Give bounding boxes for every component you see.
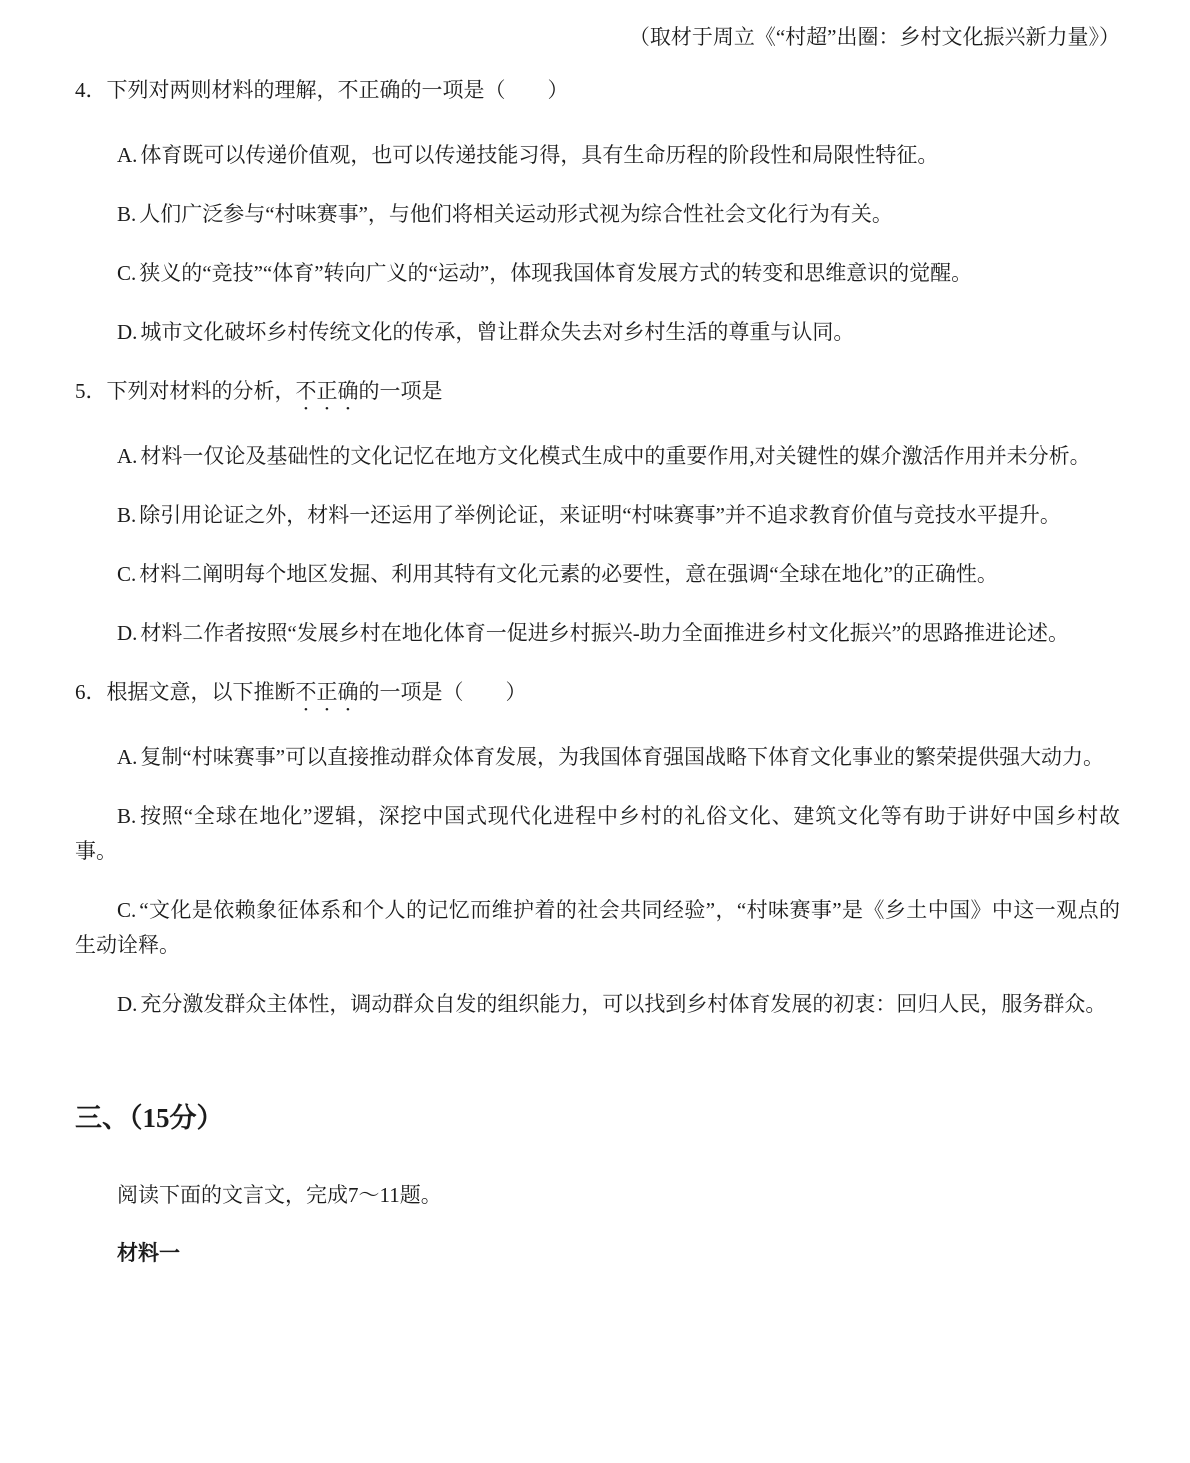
option-label: A. — [117, 143, 137, 167]
question-5-option-a: A.材料一仅论及基础性的文化记忆在地方文化模式生成中的重要作用,对关键性的媒介激… — [75, 439, 1120, 474]
option-label: A. — [117, 444, 137, 468]
question-6-option-d: D.充分激发群众主体性，调动群众自发的组织能力，可以找到乡村体育发展的初衷：回归… — [75, 987, 1120, 1022]
question-6-stem: 6．根据文意，以下推断不正确的一项是（ ） — [75, 675, 1120, 716]
option-text: 除引用论证之外，材料一还运用了举例论证，来证明“村味赛事”并不追求教育价值与竞技… — [139, 503, 1061, 527]
option-label: A. — [117, 745, 137, 769]
question-5-number: 5． — [75, 379, 107, 403]
question-5-emphasized-text: 不正确 — [296, 379, 359, 403]
question-6-number: 6． — [75, 680, 107, 704]
question-6: 6．根据文意，以下推断不正确的一项是（ ） A.复制“村味赛事”可以直接推动群众… — [75, 675, 1120, 1022]
question-5-option-c: C.材料二阐明每个地区发掘、利用其特有文化元素的必要性，意在强调“全球在地化”的… — [75, 557, 1120, 592]
option-text: 材料二作者按照“发展乡村在地化体育一促进乡村振兴-助力全面推进乡村文化振兴”的思… — [140, 621, 1069, 645]
option-text: 人们广泛参与“村味赛事”，与他们将相关运动形式视为综合性社会文化行为有关。 — [139, 202, 893, 226]
question-5-option-b: B.除引用论证之外，材料一还运用了举例论证，来证明“村味赛事”并不追求教育价值与… — [75, 498, 1120, 533]
question-5-stem: 5．下列对材料的分析，不正确的一项是 — [75, 374, 1120, 415]
question-5-stem-tail: 的一项是 — [359, 379, 443, 403]
option-text: 体育既可以传递价值观，也可以传递技能习得，具有生命历程的阶段性和局限性特征。 — [140, 143, 938, 167]
question-6-stem-tail: 的一项是（ ） — [359, 680, 527, 704]
question-4-stem-text: 下列对两则材料的理解，不正确的一项是（ ） — [107, 78, 569, 102]
section-three-heading: 三、（15分） — [75, 1100, 1120, 1136]
reading-instruction: 阅读下面的文言文，完成7～11题。 — [75, 1178, 1120, 1213]
option-label: D. — [117, 621, 137, 645]
question-6-emphasized-text: 不正确 — [296, 680, 359, 704]
option-label: B. — [117, 804, 136, 828]
option-label: C. — [117, 898, 136, 922]
question-6-option-a: A.复制“村味赛事”可以直接推动群众体育发展，为我国体育强国战略下体育文化事业的… — [75, 740, 1120, 775]
option-text: 材料二阐明每个地区发掘、利用其特有文化元素的必要性，意在强调“全球在地化”的正确… — [139, 562, 998, 586]
question-5: 5．下列对材料的分析，不正确的一项是 A.材料一仅论及基础性的文化记忆在地方文化… — [75, 374, 1120, 651]
option-label: D. — [117, 992, 137, 1016]
question-4-number: 4． — [75, 78, 107, 102]
option-text: “文化是依赖象征体系和个人的记忆而维护着的社会共同经验”，“村味赛事”是《乡土中… — [75, 898, 1120, 957]
option-label: C. — [117, 562, 136, 586]
question-4-stem: 4．下列对两则材料的理解，不正确的一项是（ ） — [75, 73, 1120, 114]
option-text: 按照“全球在地化”逻辑，深挖中国式现代化进程中乡村的礼俗文化、建筑文化等有助于讲… — [75, 804, 1120, 863]
question-6-option-b: B.按照“全球在地化”逻辑，深挖中国式现代化进程中乡村的礼俗文化、建筑文化等有助… — [75, 799, 1120, 869]
source-attribution: （取材于周立《“村超”出圈：乡村文化振兴新力量》） — [75, 20, 1120, 55]
material-one-label: 材料一 — [75, 1236, 1120, 1271]
exam-document-page: （取材于周立《“村超”出圈：乡村文化振兴新力量》） 4．下列对两则材料的理解，不… — [0, 0, 1190, 1463]
option-label: C. — [117, 261, 136, 285]
question-4-option-b: B.人们广泛参与“村味赛事”，与他们将相关运动形式视为综合性社会文化行为有关。 — [75, 197, 1120, 232]
option-text: 狭义的“竞技”“体育”转向广义的“运动”，体现我国体育发展方式的转变和思维意识的… — [139, 261, 972, 285]
question-5-stem-text: 下列对材料的分析， — [107, 379, 296, 403]
question-4-option-d: D.城市文化破坏乡村传统文化的传承，曾让群众失去对乡村生活的尊重与认同。 — [75, 315, 1120, 350]
question-4-option-a: A.体育既可以传递价值观，也可以传递技能习得，具有生命历程的阶段性和局限性特征。 — [75, 138, 1120, 173]
question-4: 4．下列对两则材料的理解，不正确的一项是（ ） A.体育既可以传递价值观，也可以… — [75, 73, 1120, 350]
option-label: B. — [117, 202, 136, 226]
option-text: 城市文化破坏乡村传统文化的传承，曾让群众失去对乡村生活的尊重与认同。 — [140, 320, 854, 344]
option-label: B. — [117, 503, 136, 527]
option-text: 充分激发群众主体性，调动群众自发的组织能力，可以找到乡村体育发展的初衷：回归人民… — [140, 992, 1106, 1016]
question-6-stem-text: 根据文意，以下推断 — [107, 680, 296, 704]
option-text: 材料一仅论及基础性的文化记忆在地方文化模式生成中的重要作用,对关键性的媒介激活作… — [140, 444, 1090, 468]
question-5-option-d: D.材料二作者按照“发展乡村在地化体育一促进乡村振兴-助力全面推进乡村文化振兴”… — [75, 616, 1120, 651]
question-4-option-c: C.狭义的“竞技”“体育”转向广义的“运动”，体现我国体育发展方式的转变和思维意… — [75, 256, 1120, 291]
option-label: D. — [117, 320, 137, 344]
question-6-option-c: C.“文化是依赖象征体系和个人的记忆而维护着的社会共同经验”，“村味赛事”是《乡… — [75, 893, 1120, 963]
option-text: 复制“村味赛事”可以直接推动群众体育发展，为我国体育强国战略下体育文化事业的繁荣… — [140, 745, 1104, 769]
